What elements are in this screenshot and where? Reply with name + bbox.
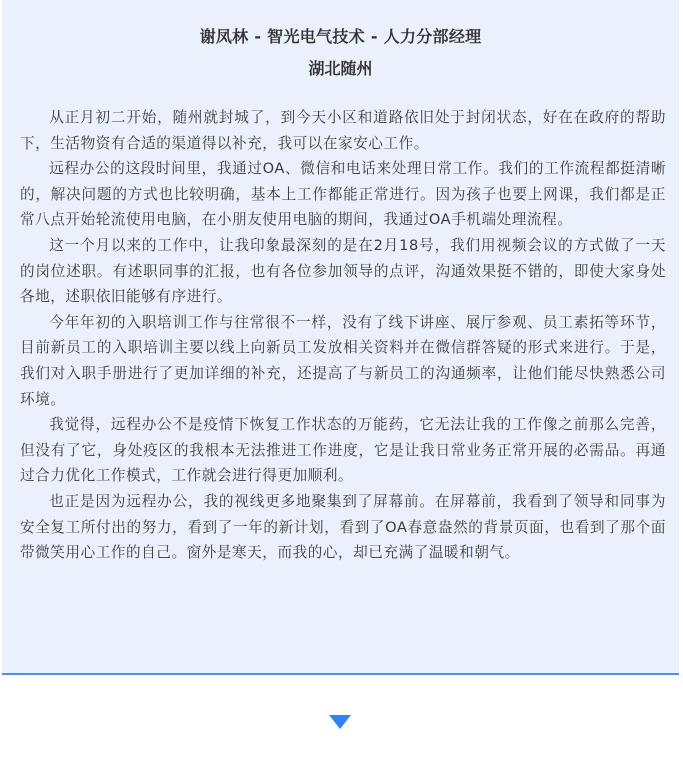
paragraph: 我觉得，远程办公不是疫情下恢复工作状态的万能药，它无法让我的工作像之前那么完善，… (20, 412, 666, 489)
paragraph: 这一个月以来的工作中，让我印象最深刻的是在2月18号，我们用视频会议的方式做了一… (20, 233, 666, 310)
paragraph: 从正月初二开始，随州就封城了，到今天小区和道路依旧处于封闭状态，好在在政府的帮助… (20, 105, 666, 156)
paragraph: 远程办公的这段时间里，我通过OA、微信和电话来处理日常工作。我们的工作流程都挺清… (20, 156, 666, 233)
testimonial-card: 谢凤林 - 智光电气技术 - 人力分部经理 湖北随州 从正月初二开始，随州就封城… (2, 0, 679, 675)
scroll-down-arrow-icon[interactable] (329, 715, 351, 729)
author-title: 谢凤林 - 智光电气技术 - 人力分部经理 (2, 24, 679, 50)
card-header: 谢凤林 - 智光电气技术 - 人力分部经理 湖北随州 (2, 0, 679, 82)
author-location: 湖北随州 (2, 56, 679, 82)
paragraph: 今年年初的入职培训工作与往常很不一样，没有了线下讲座、展厅参观、员工素拓等环节，… (20, 310, 666, 412)
article-body: 从正月初二开始，随州就封城了，到今天小区和道路依旧处于封闭状态，好在在政府的帮助… (20, 105, 666, 566)
paragraph: 也正是因为远程办公，我的视线更多地聚集到了屏幕前。在屏幕前，我看到了领导和同事为… (20, 489, 666, 566)
